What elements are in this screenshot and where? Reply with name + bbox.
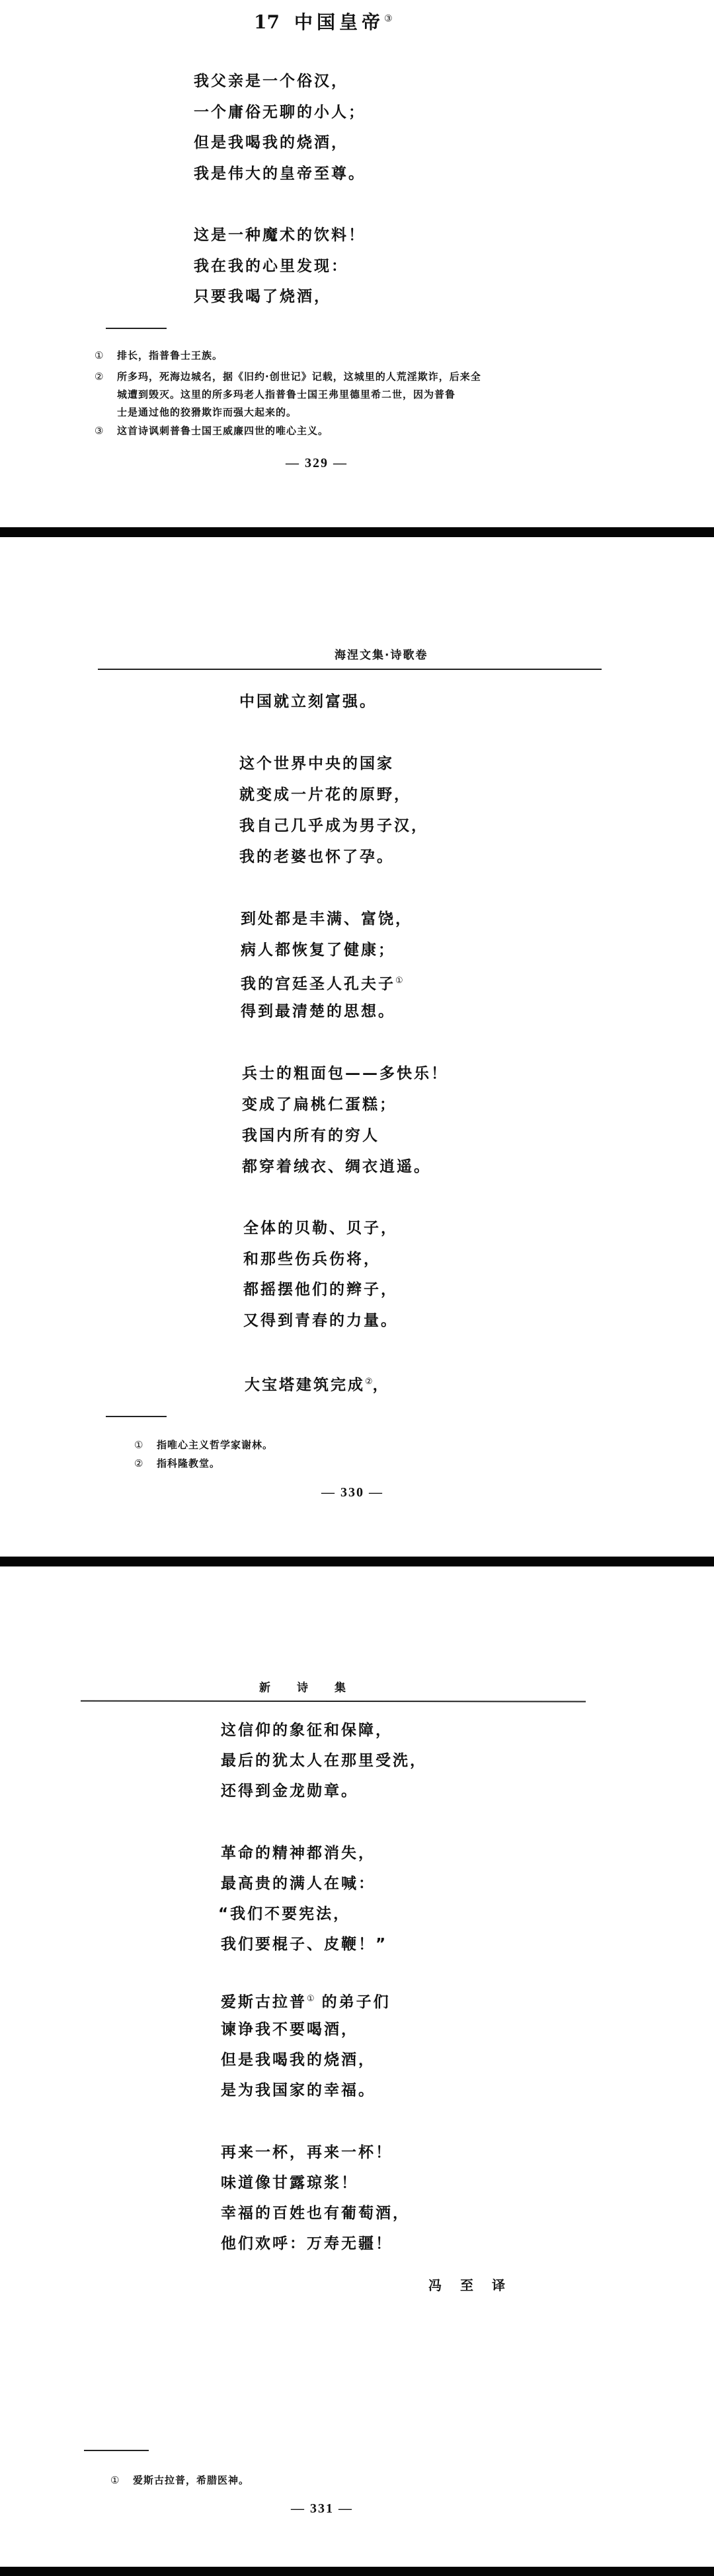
poem-line: 我的老婆也怀了孕。: [239, 848, 394, 866]
footnote: ①爱斯古拉普，希腊医神。: [110, 2474, 249, 2487]
header-rule: [81, 1700, 586, 1702]
poem-line: 病人都恢复了健康；: [241, 941, 395, 959]
footnote-ref: ②: [365, 1377, 373, 1387]
footnote: ②所多玛，死海边城名，据《旧约·创世记》记载，这城里的人荒淫欺诈，后来全: [95, 370, 481, 383]
poem-line: 我自己几乎成为男子汉，: [239, 817, 428, 835]
poem-line: 兵士的粗面包——多快乐！: [242, 1064, 448, 1083]
poem-line: 又得到青春的力量。: [243, 1311, 398, 1330]
poem-line: 我国内所有的穷人: [242, 1126, 379, 1145]
poem-line: 但是我喝我的烧酒，: [221, 2051, 376, 2069]
header-rule: [98, 669, 602, 670]
poem-line: 他们欢呼：万寿无疆！: [221, 2234, 393, 2253]
poem-line: 最高贵的满人在喊：: [221, 1874, 376, 1893]
poem-line: 爱斯古拉普① 的弟子们: [221, 1990, 391, 2012]
running-head: 海涅文集·诗歌卷: [335, 645, 428, 662]
poem-line: 这是一种魔术的饮料！: [194, 226, 366, 244]
poem-line: 这个世界中央的国家: [239, 754, 394, 773]
page-number: — 331 —: [291, 2501, 353, 2517]
poem-line: 革命的精神都消失，: [221, 1844, 376, 1862]
poem-line: 我的宫廷圣人孔夫子①: [241, 972, 403, 994]
poem-line: 幸福的百姓也有葡萄酒，: [221, 2204, 410, 2223]
poem-line: 和那些伤兵伤将，: [243, 1250, 381, 1269]
page-number: — 330 —: [321, 1485, 383, 1500]
footnote-text: 指科隆教堂。: [157, 1457, 220, 1469]
footnote-mark: ①: [95, 349, 117, 362]
page-separator: [0, 1557, 714, 1566]
poem-line-text: 大宝塔建筑完成: [245, 1377, 365, 1394]
page-number: — 329 —: [286, 456, 348, 471]
page-separator: [0, 527, 714, 537]
footnote-mark: ①: [110, 2474, 133, 2487]
poem-line: 变成了扁桃仁蛋糕；: [242, 1095, 397, 1114]
footnote: ③这首诗讽刺普鲁士国王威廉四世的唯心主义。: [95, 424, 329, 437]
poem-line: 都摇摆他们的辫子，: [243, 1280, 398, 1299]
poem-line: 全体的贝勒、贝子，: [243, 1219, 398, 1237]
poem-line: 我父亲是一个俗汉，: [194, 72, 348, 91]
footnote-mark: ②: [134, 1457, 157, 1470]
poem-line: 只要我喝了烧酒，: [194, 287, 331, 306]
footnote-continuation: 城遭到毁灭。这里的所多玛老人指普鲁士国王弗里德里希二世，因为普鲁: [117, 388, 456, 401]
poem-line: 最后的犹太人在那里受洗，: [221, 1751, 427, 1770]
running-head: 新诗集: [259, 1678, 372, 1695]
poem-line-text: 我的宫廷圣人孔夫子: [241, 976, 395, 993]
footnote: ①排长，指普鲁士王族。: [95, 349, 223, 362]
footnote-ref: ①: [395, 976, 403, 986]
poem-line: 再来一杯，再来一杯！: [221, 2143, 393, 2162]
poem-line: 还得到金龙勋章。: [221, 1782, 358, 1800]
title-footnote-mark: ③: [384, 14, 393, 24]
page-separator: [0, 2567, 714, 2576]
poem-line: 是为我国家的幸福。: [221, 2081, 376, 2100]
poem-title-text: 中国皇帝: [294, 11, 384, 33]
footnote-divider: [84, 2450, 149, 2451]
footnote: ①指唯心主义哲学家谢林。: [134, 1438, 273, 1452]
footnote-mark: ①: [134, 1438, 157, 1452]
poem-line: 到处都是丰满、富饶，: [241, 910, 413, 928]
footnote-text: 所多玛，死海边城名，据《旧约·创世记》记载，这城里的人荒淫欺诈，后来全: [117, 371, 481, 383]
poem-line: 都穿着绒衣、绸衣逍遥。: [242, 1158, 431, 1176]
footnote-text: 爱斯古拉普，希腊医神。: [133, 2474, 249, 2486]
poem-line: 我在我的心里发现：: [194, 257, 348, 276]
poem-line: 但是我喝我的烧酒，: [194, 133, 348, 152]
poem-line: 我们要棍子、皮鞭！”: [221, 1935, 387, 1954]
poem-line: “我们不要宪法，: [218, 1905, 350, 1923]
poem-line: 味道像甘露琼浆！: [221, 2174, 358, 2192]
footnote-divider: [106, 1416, 167, 1417]
poem-line-text: 爱斯古拉普: [221, 1994, 307, 2011]
poem-number: 17: [254, 11, 280, 33]
footnote-continuation: 士是通过他的狡猾欺诈而强大起来的。: [117, 406, 297, 419]
poem-line: 就变成一片花的原野，: [239, 786, 411, 804]
poem-line: 我是伟大的皇帝至尊。: [194, 165, 366, 183]
poem-line: 大宝塔建筑完成②，: [245, 1373, 390, 1395]
poem-line: 得到最清楚的思想。: [241, 1002, 395, 1021]
poem-line: 谏诤我不要喝酒，: [221, 2020, 358, 2039]
poem-line: 中国就立刻富强。: [239, 692, 377, 711]
footnote: ②指科隆教堂。: [134, 1457, 220, 1470]
poem-line: 这信仰的象征和保障，: [221, 1721, 393, 1740]
poem-line: 一个庸俗无聊的小人；: [194, 103, 366, 122]
footnote-text: 排长，指普鲁士王族。: [117, 350, 223, 361]
poem-title: 17中国皇帝③: [254, 8, 393, 34]
translator-credit: 冯 至 译: [428, 2275, 508, 2294]
footnote-text: 这首诗讽刺普鲁士国王威廉四世的唯心主义。: [117, 425, 329, 437]
footnote-ref: ①: [307, 1994, 315, 2004]
footnote-text: 指唯心主义哲学家谢林。: [157, 1439, 273, 1451]
poem-line-suffix: ，: [373, 1377, 390, 1394]
footnote-mark: ②: [95, 370, 117, 383]
footnote-divider: [106, 328, 167, 329]
poem-line-suffix: 的弟子们: [315, 1994, 391, 2011]
footnote-mark: ③: [95, 424, 117, 437]
